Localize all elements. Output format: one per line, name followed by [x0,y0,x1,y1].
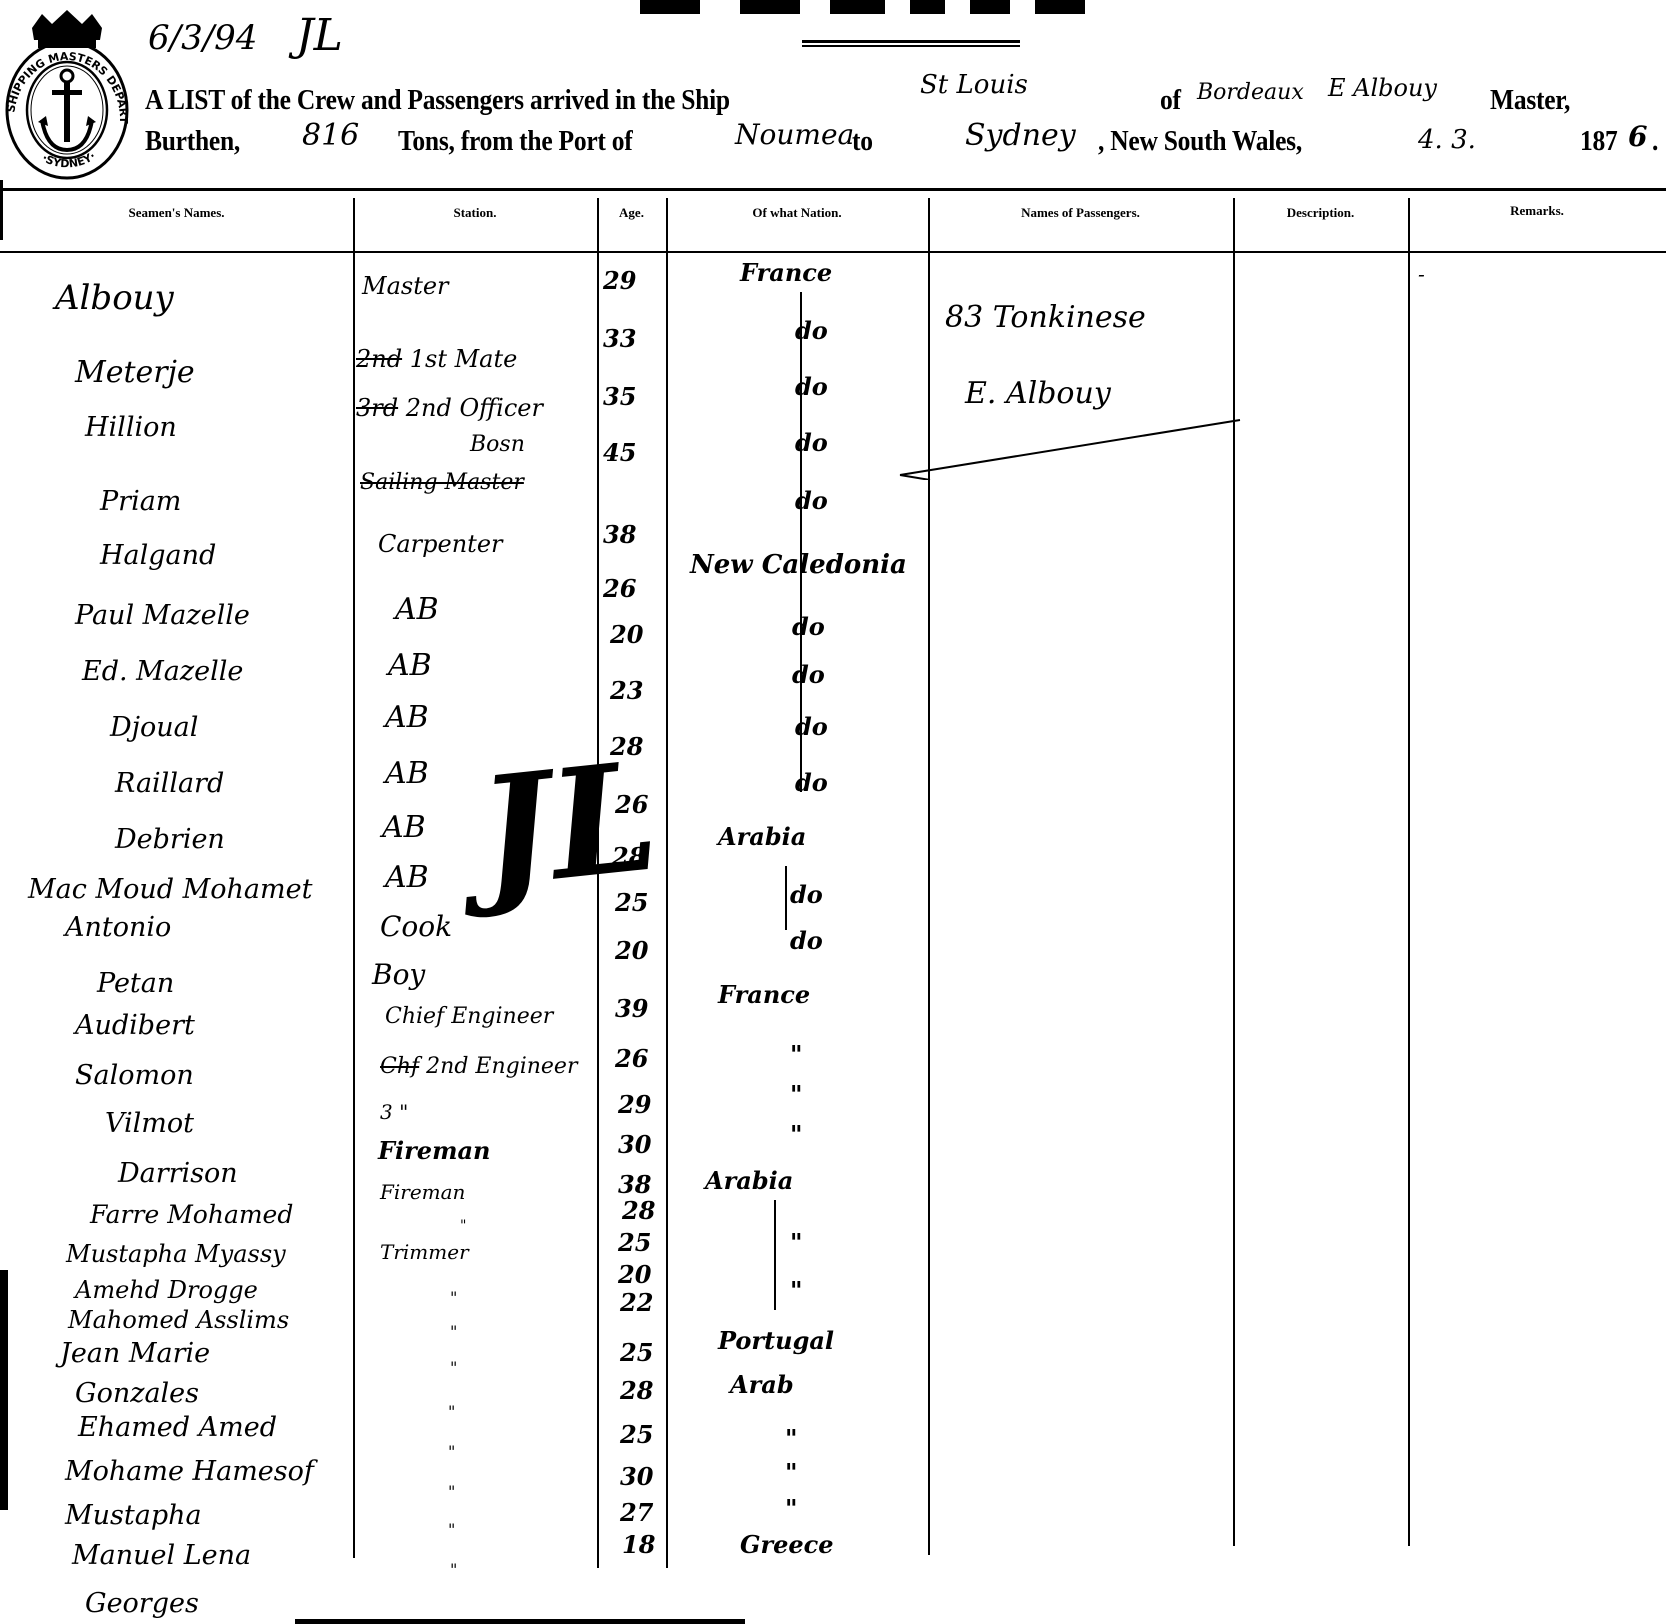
crew-name: Antonio [65,912,171,943]
crew-age: 25 [620,1338,653,1367]
crew-age: 30 [620,1462,653,1491]
header-bottom-rule [0,251,1666,253]
year-hand: 6 [1628,120,1647,153]
crew-age: 38 [618,1170,651,1199]
crew-nation: Greece [740,1530,834,1559]
passenger-bracket-line [890,410,1250,480]
column-header-station: Station. [353,205,597,221]
nsw-label: , New South Wales, [1098,125,1302,158]
crew-age: 28 [620,1376,653,1405]
column-header-description: Description. [1233,205,1408,221]
crew-nation: " [785,1494,798,1523]
crew-nation: " [790,1080,803,1109]
crew-age: 26 [603,574,636,603]
crew-station-ditto: " [450,1358,457,1377]
shipping-masters-seal: SHIPPING MASTERS DEPARTMENT ·SYDNEY· [2,10,132,180]
column-divider [928,198,930,1555]
ditto-connector [785,866,787,930]
passenger-name: 83 Tonkinese [945,300,1146,335]
crew-station: Boy [372,958,425,991]
crew-station: Fireman [378,1136,490,1165]
crew-station: Fireman [380,1180,465,1204]
crew-name: Farre Mohamed [90,1200,293,1229]
crew-age: 35 [603,382,636,411]
of-label: of [1160,84,1181,117]
crew-name: Vilmot [105,1108,194,1139]
crew-nation: " [790,1276,803,1305]
to-label: to [852,125,873,158]
crew-station: Chief Engineer [385,1004,553,1029]
crew-station: Trimmer [380,1240,469,1264]
crew-age: 26 [615,790,648,819]
ditto-connector [800,292,802,792]
crew-age: 45 [603,438,636,467]
home-port: Bordeaux [1197,80,1304,105]
crew-nation: Portugal [718,1326,834,1355]
column-divider [666,198,668,1568]
crew-station: AB [382,810,426,845]
title-strip-gap [1010,0,1035,14]
column-header-seamens-names: Seamen's Names. [0,205,353,221]
crew-name: Djoual [110,712,198,743]
crew-age: 30 [618,1130,651,1159]
crew-age: 39 [615,994,648,1023]
crew-station-ditto: " [450,1322,457,1341]
crew-nation: Arabia [718,822,806,851]
crew-station-ditto: " [448,1482,455,1501]
title-strip-gap [945,0,970,14]
crew-name: Priam [100,486,181,517]
crew-station-struck: Chf 2nd Engineer [380,1054,577,1079]
crew-age: 28 [610,732,643,761]
remarks-dash: - [1418,262,1425,286]
crew-age: 22 [620,1288,653,1317]
column-header-nation: Of what Nation. [666,205,928,221]
crew-name: Georges [85,1588,199,1619]
table-top-rule [0,188,1666,191]
struck-text: Chf [380,1054,419,1079]
column-divider [1233,198,1235,1546]
crew-name: Ed. Mazelle [82,656,243,687]
crew-station-ditto: " [450,1288,457,1307]
crew-station: 2nd Engineer [426,1054,577,1079]
passenger-name: E. Albouy [965,376,1111,411]
crew-station: Cook [380,910,452,943]
crew-age: 28 [612,842,645,871]
crew-name: Meterje [75,355,195,390]
title-strip-gap [800,0,830,14]
crew-station: AB [395,592,439,627]
crew-name: Mustapha [65,1500,202,1531]
crew-age: 23 [610,676,643,705]
crew-nation: " [790,1228,803,1257]
crew-nation: do [790,880,823,909]
crew-age: 28 [622,1196,655,1225]
column-divider [1408,198,1410,1546]
title-prefix: A LIST of the Crew and Passengers arrive… [145,84,730,116]
crew-station: Master [362,272,449,300]
annotation-date: 6/3/94 [148,18,257,58]
crew-name: Petan [97,968,174,999]
annotation-initials: JL [296,10,343,61]
crew-station: AB [385,756,429,791]
year-end: . [1652,125,1658,158]
margin-initials: JL [473,741,664,909]
crew-age: 20 [610,620,643,649]
crew-age: 38 [603,520,636,549]
crew-name: Audibert [75,1010,195,1041]
crew-name: Jean Marie [60,1338,210,1369]
crew-name: Salomon [75,1060,194,1091]
crew-station-struck: 3rd 2nd Officer [356,394,543,422]
title-line-1: A LIST of the Crew and Passengers arrive… [145,84,730,117]
burthen-value: 816 [302,118,359,153]
title-strip-mask [1085,0,1666,14]
crew-nation: France [718,980,810,1009]
arrival-date: 4. 3. [1418,125,1476,155]
crew-name: Manuel Lena [72,1540,251,1571]
from-port: Noumea [735,118,854,151]
crew-nation: do [790,926,823,955]
crew-station-struck: Sailing Master [360,470,524,495]
column-divider [353,198,355,1558]
crew-nation: New Caledonia [690,550,907,580]
crew-nation: do [792,660,825,689]
crew-station-ditto: " [448,1520,455,1539]
crew-nation: " [790,1120,803,1149]
crew-station: 3 " [380,1100,408,1124]
crew-station: 2nd Officer [406,394,543,422]
crew-station: AB [388,648,432,683]
crew-name: Ehamed Amed [78,1412,277,1443]
crew-name: Darrison [118,1158,238,1189]
crew-age: 29 [603,266,636,295]
year-printed: 187 [1580,125,1617,158]
crew-name: Debrien [115,824,225,855]
burthen-label: Burthen, [145,125,240,158]
column-header-passengers: Names of Passengers. [928,205,1233,221]
crew-age: 26 [615,1044,648,1073]
column-header-age: Age. [597,205,666,221]
crew-age: 20 [618,1260,651,1289]
master-name: E Albouy [1328,74,1437,102]
title-underline [802,45,1020,47]
crew-age: 25 [620,1420,653,1449]
crew-age: 33 [603,324,636,353]
crew-station-struck: 2nd 1st Mate [356,345,517,373]
crew-age: 25 [615,888,648,917]
crew-nation: " [785,1424,798,1453]
crew-name: Paul Mazelle [75,600,250,631]
title-strip-gap [700,0,740,14]
crew-station-ditto: " [460,1218,466,1234]
crew-station-ditto: " [448,1402,455,1421]
crew-nation: do [792,612,825,641]
ship-name: St Louis [920,70,1028,100]
struck-text: 3rd [356,394,398,422]
crew-name: Raillard [115,768,224,799]
crew-age: 29 [618,1090,651,1119]
crew-station: Bosn [470,432,525,457]
title-strip-gap [885,0,910,14]
to-port: Sydney [965,118,1076,153]
crew-name: Gonzales [75,1378,199,1409]
crew-name: Mahomed Asslims [68,1306,289,1334]
crew-age: 27 [620,1498,653,1527]
crew-station: AB [385,860,429,895]
crew-nation: Arab [730,1370,794,1399]
crew-name: Mac Moud Mohamet [28,874,312,905]
crew-station: Carpenter [378,530,503,558]
crew-station: 1st Mate [410,345,518,373]
crew-station: AB [385,700,429,735]
struck-text: 2nd [356,345,402,373]
crew-name: Mustapha Myassy [66,1240,286,1268]
crew-station-ditto: " [450,1560,457,1579]
crew-age: 18 [622,1530,655,1559]
crew-station-ditto: " [448,1442,455,1461]
crew-name: Albouy [55,278,174,318]
scan-edge [0,1270,8,1510]
crew-name: Mohame Hamesof [65,1456,314,1487]
anchor-icon: SHIPPING MASTERS DEPARTMENT ·SYDNEY· [2,10,132,180]
crew-name: Hillion [85,412,177,443]
crew-nation: France [740,258,832,287]
tons-label: Tons, from the Port of [398,125,632,158]
crew-nation: Arabia [705,1166,793,1195]
crew-age: 25 [618,1228,651,1257]
crew-age: 20 [615,936,648,965]
title-underline [802,40,1020,43]
crew-name: Amehd Drogge [75,1276,258,1304]
master-label: Master, [1490,84,1570,117]
crew-nation: " [785,1458,798,1487]
ditto-connector [774,1200,776,1310]
bottom-rule [295,1619,745,1624]
crew-nation: " [790,1040,803,1069]
column-header-remarks: Remarks. [1408,203,1666,219]
crew-name: Halgand [100,540,216,571]
